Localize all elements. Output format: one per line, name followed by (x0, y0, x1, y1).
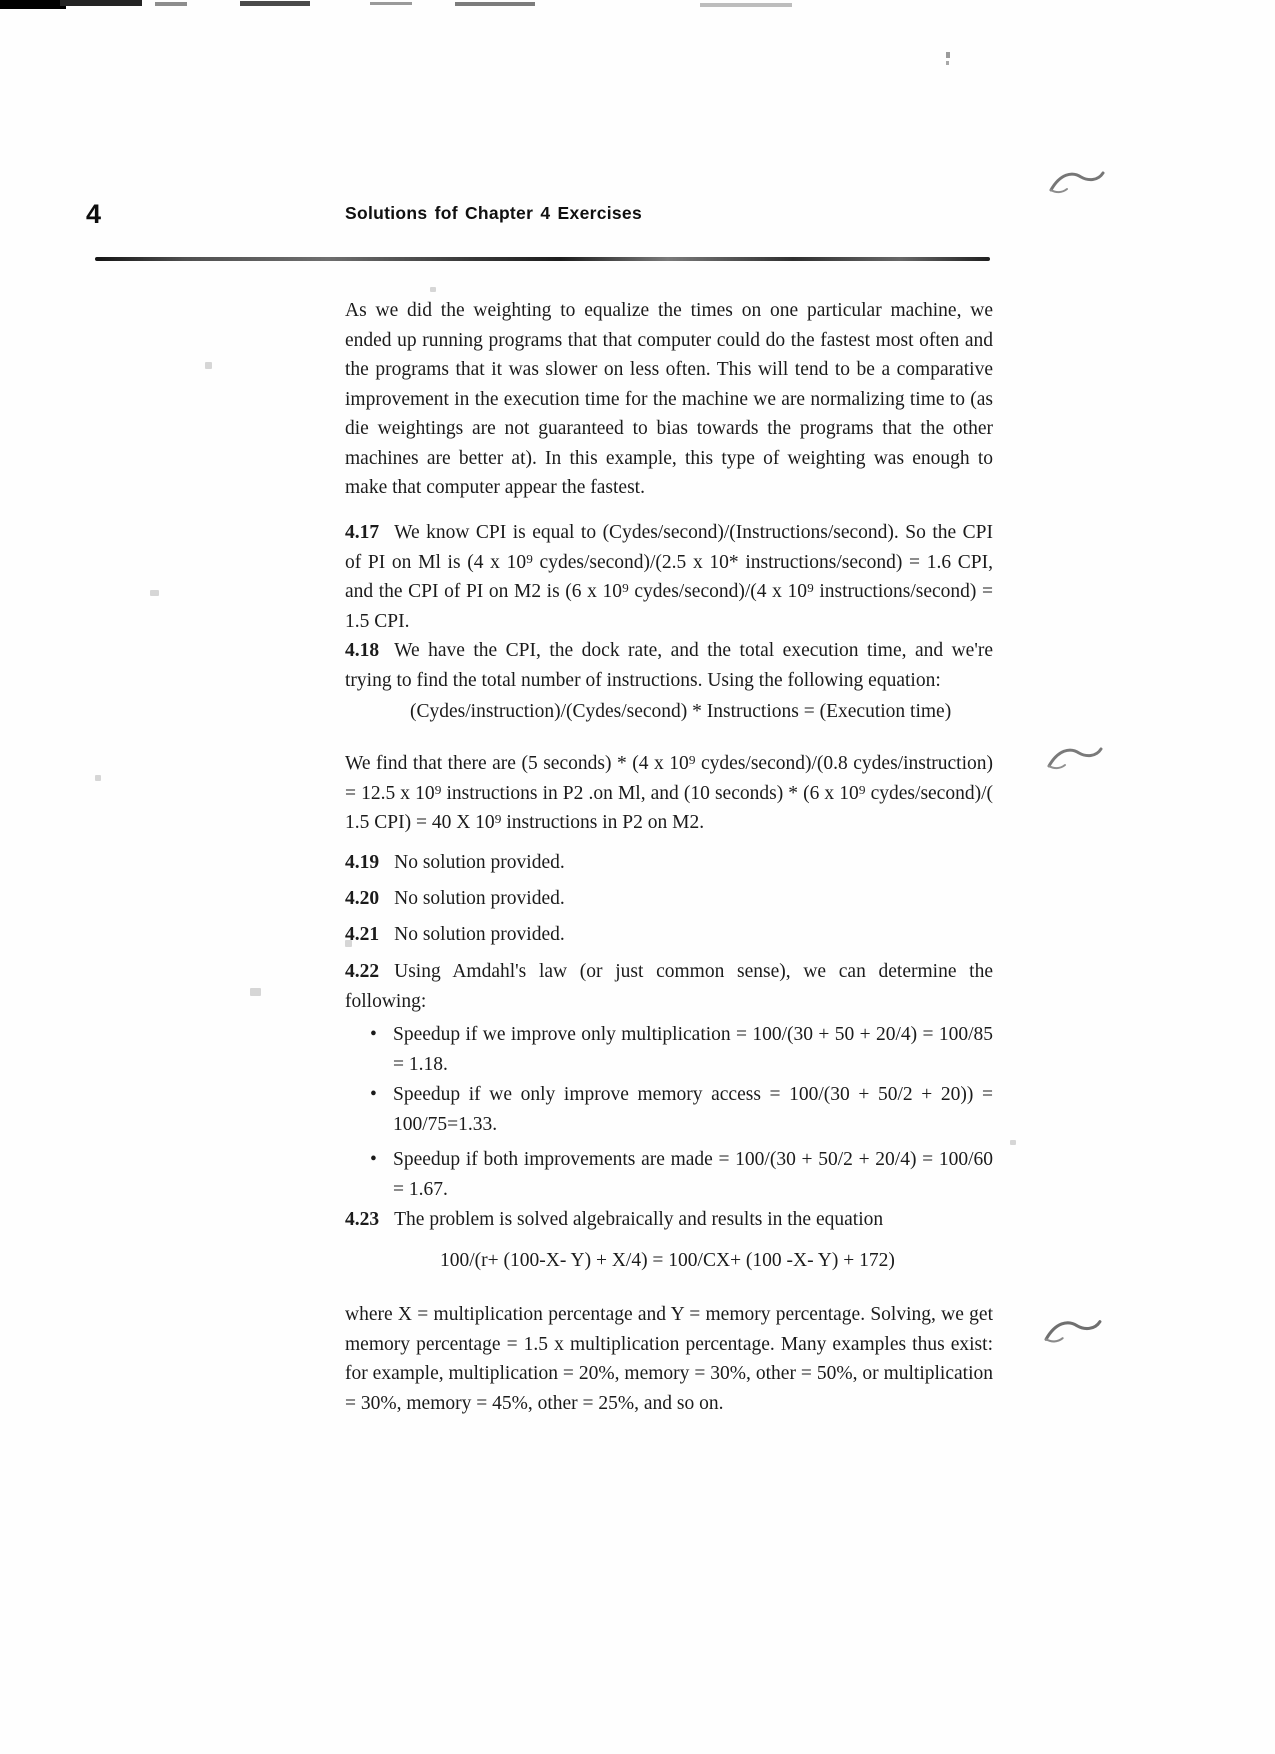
exercise-text: We have the CPI, the dock rate, and the … (345, 640, 993, 691)
page-title: Solutions fof Chapter 4 Exercises (345, 203, 642, 224)
exercise-number: 4.19 (345, 852, 379, 873)
exercise-number: 4.17 (345, 522, 379, 543)
scan-edge-artifact (0, 0, 66, 9)
paragraph-418-continuation: We find that there are (5 seconds) * (4 … (345, 749, 993, 838)
exercise-text: No solution provided. (394, 888, 565, 909)
exercise-number: 4.20 (345, 888, 379, 909)
bullet-icon: • (370, 1145, 377, 1175)
bullet-icon: • (370, 1080, 377, 1110)
equation-418: (Cydes/instruction)/(Cydes/second) * Ins… (410, 697, 951, 726)
exercise-417-paragraph: 4.17We know CPI is equal to (Cydes/secon… (345, 518, 993, 636)
exercise-421-paragraph: 4.21No solution provided. (345, 920, 993, 950)
scan-speck (150, 590, 159, 596)
exercise-418-paragraph: 4.18We have the CPI, the dock rate, and … (345, 636, 993, 695)
header-rule (95, 257, 990, 261)
scan-speck (946, 61, 949, 65)
scan-edge-artifact (60, 0, 142, 6)
list-item: •Speedup if both improvements are made =… (393, 1145, 993, 1204)
exercise-419-paragraph: 4.19No solution provided. (345, 848, 993, 878)
pen-mark-icon (1046, 744, 1104, 774)
scanned-document-page: 4 Solutions fof Chapter 4 Exercises As w… (0, 0, 1275, 1754)
page-number: 4 (86, 199, 101, 230)
scan-edge-artifact (155, 2, 187, 6)
exercise-423-paragraph: 4.23The problem is solved algebraically … (345, 1205, 993, 1235)
scan-speck (946, 52, 950, 58)
scan-speck (205, 362, 212, 369)
list-item-text: Speedup if both improvements are made = … (393, 1149, 993, 1200)
list-item: •Speedup if we improve only multiplicati… (393, 1020, 993, 1079)
paragraph-423-continuation: where X = multiplication percentage and … (345, 1300, 993, 1418)
exercise-420-paragraph: 4.20No solution provided. (345, 884, 993, 914)
exercise-text: No solution provided. (394, 924, 565, 945)
list-item: •Speedup if we only improve memory acces… (393, 1080, 993, 1139)
exercise-422-paragraph: 4.22Using Amdahl's law (or just common s… (345, 957, 993, 1016)
pen-mark-icon (1043, 1316, 1103, 1348)
scan-speck (1010, 1140, 1016, 1145)
scan-edge-artifact (700, 3, 792, 7)
exercise-number: 4.18 (345, 640, 379, 661)
scan-edge-artifact (370, 2, 412, 5)
exercise-number: 4.23 (345, 1209, 379, 1230)
scan-speck (430, 287, 436, 292)
equation-423: 100/(r+ (100-X- Y) + X/4) = 100/CX+ (100… (440, 1246, 895, 1275)
scan-speck (250, 988, 261, 996)
exercise-text: No solution provided. (394, 852, 565, 873)
pen-mark-icon (1048, 168, 1106, 198)
exercise-number: 4.22 (345, 961, 379, 982)
bullet-icon: • (370, 1020, 377, 1050)
exercise-number: 4.21 (345, 924, 379, 945)
intro-paragraph: As we did the weighting to equalize the … (345, 296, 993, 503)
exercise-text: The problem is solved algebraically and … (394, 1209, 883, 1230)
list-item-text: Speedup if we only improve memory access… (393, 1084, 993, 1135)
scan-edge-artifact (240, 1, 310, 6)
scan-speck (95, 775, 101, 781)
exercise-text: Using Amdahl's law (or just common sense… (345, 961, 993, 1012)
exercise-text: We know CPI is equal to (Cydes/second)/(… (345, 522, 993, 632)
list-item-text: Speedup if we improve only multiplicatio… (393, 1024, 993, 1075)
scan-edge-artifact (455, 2, 535, 6)
